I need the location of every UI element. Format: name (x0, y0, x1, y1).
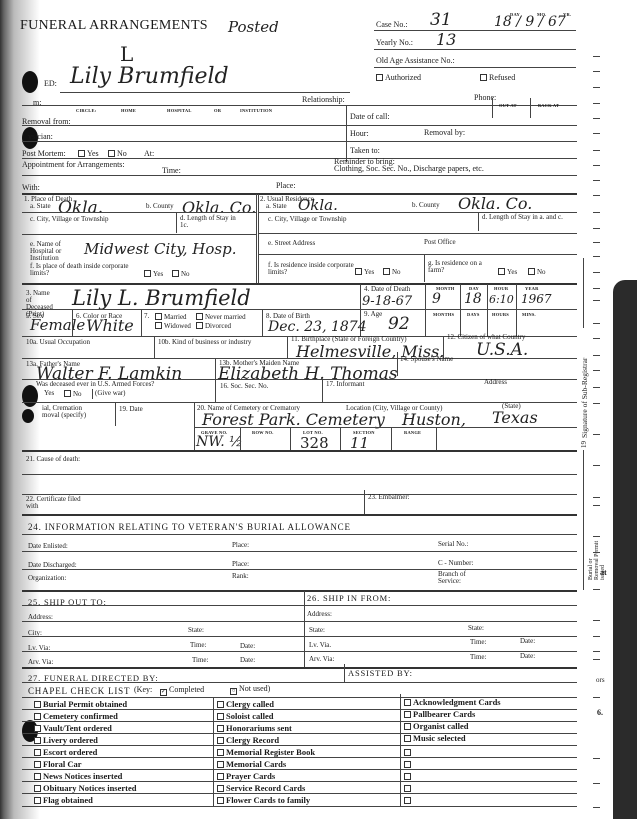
checkbox-icon (217, 773, 224, 780)
check-honorariums[interactable]: Honorariums sent (217, 723, 292, 733)
ssn-label: 16. Soc. Sec. No. (220, 383, 268, 390)
checkbox-icon (172, 270, 179, 277)
ship-out-arv-time-label: Time: (192, 657, 208, 664)
check-blank-5[interactable] (404, 795, 413, 805)
checkbox-icon (64, 390, 71, 397)
checkbox-icon (217, 785, 224, 792)
disposition-label: ial, Cremation moval (specify) (42, 405, 100, 419)
res-city-label: c. City, Village or Township (268, 216, 346, 223)
death-limits-no[interactable]: No (172, 270, 190, 278)
widowed-label: Widowed (164, 322, 191, 330)
checkbox-icon (404, 761, 411, 768)
check-label: Memorial Register Book (226, 747, 315, 757)
check-label: Livery ordered (43, 735, 98, 745)
ship-out-state-label: State: (188, 627, 204, 634)
check-label: Vault/Tent ordered (43, 723, 112, 733)
res-county-label: b. County (412, 202, 440, 209)
marital-never-married[interactable]: Never married (196, 313, 246, 321)
farm-yes[interactable]: Yes (498, 268, 517, 276)
res-limits-no[interactable]: No (383, 268, 401, 276)
cause-of-death-label: 21. Cause of death: (26, 456, 80, 463)
check-news-notices[interactable]: News Notices inserted (34, 771, 122, 781)
check-cemetery-confirmed[interactable]: Cemetery confirmed (34, 711, 118, 721)
res-inside-limits-label: f. Is residence inside corporate limits? (268, 262, 358, 276)
length-stay-1c-label: d. Length of Stay in 1c. (180, 215, 240, 229)
c-number-label: C - Number: (438, 560, 473, 567)
check-music-selected[interactable]: Music selected (404, 733, 466, 743)
check-obituary-notices[interactable]: Obituary Notices inserted (34, 783, 137, 793)
ors-margin-label: ors (596, 676, 605, 684)
with-label: With: (22, 184, 40, 192)
relationship-label: Relationship: (302, 96, 345, 104)
grave-no-value[interactable]: NW. ½ (196, 434, 243, 450)
checkbox-icon (78, 150, 85, 157)
ship-out-lv-date-label: Date: (240, 643, 255, 650)
ship-in-arv-time-label: Time: (470, 654, 486, 661)
ship-out-address-label: Address: (28, 614, 53, 621)
letter-mark: L (120, 42, 133, 66)
checkbox-icon (217, 761, 224, 768)
ship-in-lv-date-label: Date: (520, 638, 535, 645)
checkbox-icon (217, 749, 224, 756)
yes-label: Yes (364, 268, 374, 276)
rank-label: Rank: (232, 573, 249, 580)
check-acknowledgment-cards[interactable]: Acknowledgment Cards (404, 697, 501, 707)
ship-in-lv-time-label: Time: (470, 639, 486, 646)
ship-out-arv-date-label: Date: (240, 657, 255, 664)
sub-registrar-signature-label: Signature of Sub-Registrar (580, 358, 589, 438)
marital-married[interactable]: Married (155, 313, 187, 321)
checkbox-icon (34, 797, 41, 804)
check-label: Burial Permit obtained (43, 699, 127, 709)
check-escort[interactable]: Escort ordered (34, 747, 97, 757)
checkbox-icon (376, 74, 383, 81)
dob-value[interactable]: Dec. 23, 1874 (268, 319, 367, 335)
age-label: 9. Age (364, 311, 382, 318)
yearly-no-label: Yearly No.: (376, 39, 413, 47)
check-label: Floral Car (43, 759, 81, 769)
check-label: Music selected (413, 733, 466, 743)
checkbox-icon (404, 723, 411, 730)
checkbox-icon (404, 735, 411, 742)
check-label: Clergy Record (226, 735, 279, 745)
check-label: Soloist called (226, 711, 273, 721)
date-of-death-label: 4. Date of Death (364, 286, 410, 293)
from-label: m: (33, 99, 41, 107)
no-label: No (392, 268, 401, 276)
ship-out-arv-via-label: Arv. Via: (28, 659, 53, 666)
date-of-death-value[interactable]: 9-18-67 (362, 294, 412, 309)
no-label: No (117, 149, 127, 158)
death-month-value[interactable]: 9 (432, 291, 441, 307)
never-married-label: Never married (205, 313, 246, 321)
date-enlisted-label: Date Enlisted: (28, 543, 68, 550)
post-office-label: Post Office (424, 239, 456, 246)
ship-in-lv-via-label: Lv. Via. (309, 642, 331, 649)
case-no-label: Case No.: (376, 21, 408, 29)
out-at-header: OUT AT (499, 103, 517, 108)
organization-label: Organization: (28, 575, 66, 582)
old-age-label: Old Age Assistance No.: (376, 57, 455, 65)
death-day-value[interactable]: 18 (464, 291, 482, 307)
check-organist-called[interactable]: Organist called (404, 721, 468, 731)
check-label: News Notices inserted (43, 771, 122, 781)
discharged-place-label: Place: (232, 561, 249, 568)
branch-of-service-label: Branch of Service: (438, 571, 478, 585)
death-inside-limits-label: f. Is place of death inside corporate li… (30, 263, 140, 277)
citizen-value[interactable]: U.S.A. (476, 340, 528, 360)
place-label: Place: (276, 182, 296, 190)
hospital-label: e. Name of Hospital or Institution (30, 241, 85, 262)
checkbox-icon (34, 701, 41, 708)
check-clergy-called[interactable]: Clergy called (217, 699, 274, 709)
checkbox-icon (196, 313, 203, 320)
divorced-label: Divorced (205, 322, 231, 330)
checkbox-icon (528, 268, 535, 275)
case-date-value[interactable]: 18 / 9 / 67 (494, 14, 566, 30)
checkbox-icon (217, 713, 224, 720)
range-header: RANGE (404, 430, 421, 435)
key-label: (Key: (134, 686, 152, 694)
check-blank-1[interactable] (404, 747, 413, 757)
checkbox-icon (217, 737, 224, 744)
checkbox-icon (144, 270, 151, 277)
months-header: MONTHS (433, 312, 454, 317)
date-of-call-label: Date of call: (350, 113, 390, 121)
checkbox-icon (34, 785, 41, 792)
mother-maiden-value[interactable]: Elizabeth H. Thomas (218, 364, 398, 384)
death-hour-value[interactable]: 6:10 (489, 293, 514, 306)
check-label: Obituary Notices inserted (43, 783, 137, 793)
res-length-label: d. Length of Stay in a. and c. (482, 214, 572, 221)
check-label: Honorariums sent (226, 723, 292, 733)
back-at-header: BACK AT (538, 103, 559, 108)
race-value[interactable]: White (86, 316, 134, 335)
check-prayer-cards[interactable]: Prayer Cards (217, 771, 275, 781)
checkbox-icon (217, 797, 224, 804)
hour-col-header: HOUR (494, 286, 508, 291)
appointment-label: Appointment for Arrangements: (22, 161, 125, 169)
case-no-value[interactable]: 31 (430, 10, 452, 30)
days-header: DAYS (467, 312, 480, 317)
circle-home[interactable]: HOME (121, 108, 136, 113)
res-county-value[interactable]: Okla. Co. (458, 194, 532, 213)
circle-or: OR (214, 108, 221, 113)
checkbox-icon (155, 313, 162, 320)
yes-label: Yes (507, 268, 517, 276)
marital-divorced[interactable]: Divorced (196, 322, 231, 330)
check-vault-tent[interactable]: Vault/Tent ordered (34, 723, 112, 733)
ship-out-lv-time-label: Time: (190, 642, 206, 649)
checkbox-icon (383, 268, 390, 275)
address-label: Address (484, 379, 507, 386)
res-limits-yes[interactable]: Yes (355, 268, 374, 276)
check-label: Memorial Cards (226, 759, 286, 769)
no-label: No (181, 270, 190, 278)
checkbox-icon (34, 713, 41, 720)
form-title: FUNERAL ARRANGEMENTS (20, 18, 208, 34)
name-deceased-value[interactable]: Lily L. Brumfield (72, 286, 251, 310)
ship-in-state2-label: State: (468, 625, 484, 632)
year-prefix: 19 (580, 441, 588, 448)
checkbox-icon (34, 773, 41, 780)
married-label: Married (164, 313, 187, 321)
death-city-label: c. City, Village or Township (30, 216, 108, 223)
key-completed: ✓Completed (160, 686, 204, 696)
yearly-no-value[interactable]: 13 (436, 30, 456, 49)
hour-label: Hour: (350, 130, 369, 138)
spouse-label: 14. Spouse's Name (400, 356, 453, 363)
occupation-label: 10a. Usual Occupation (26, 339, 90, 346)
check-label: Pallbearer Cards (413, 709, 475, 719)
ship-in-arv-via-label: Arv. Via: (309, 656, 334, 663)
taken-to-label: Taken to: (350, 147, 380, 155)
checkbox-icon (404, 699, 411, 706)
hours-header: HOURS (492, 312, 509, 317)
year-col-header: YEAR (525, 286, 539, 291)
checkbox-icon (355, 268, 362, 275)
posted-stamp: Posted (228, 18, 279, 36)
checkbox-icon (34, 749, 41, 756)
checkbox-icon (404, 749, 411, 756)
yes-label: Yes (87, 149, 99, 158)
check-memorial-register[interactable]: Memorial Register Book (217, 747, 315, 757)
veteran-section-title: 24. INFORMATION RELATING TO VETERAN'S BU… (28, 522, 351, 532)
armed-forces-no[interactable]: No (64, 390, 82, 398)
check-blank-2[interactable] (404, 759, 413, 769)
punch-hole (22, 409, 34, 423)
check-label: Clergy called (226, 699, 274, 709)
check-memorial-cards[interactable]: Memorial Cards (217, 759, 286, 769)
check-label: Acknowledgment Cards (413, 697, 501, 707)
at-margin-label: at (600, 568, 607, 577)
embalmer-label: 23. Embalmer: (368, 494, 410, 501)
authorized-label: Authorized (385, 73, 421, 82)
check-soloist-called[interactable]: Soloist called (217, 711, 273, 721)
key-not-used: ○Not used) (230, 685, 270, 695)
refused-label: Refused (489, 73, 515, 82)
checkbox-icon (404, 797, 411, 804)
not-used-label: Not used) (239, 684, 270, 693)
checkbox-icon (404, 711, 411, 718)
check-label: Organist called (413, 721, 468, 731)
circle-icon: ○ (230, 688, 237, 695)
checkbox-icon (404, 773, 411, 780)
checkbox-icon (217, 725, 224, 732)
serial-no-label: Serial No.: (438, 541, 468, 548)
checkbox-icon (34, 737, 41, 744)
checkbox-icon (155, 322, 162, 329)
check-flower-cards[interactable]: Flower Cards to family (217, 795, 310, 805)
burial-date-label: 19. Date (119, 406, 143, 413)
no-label: No (537, 268, 546, 276)
marital-widowed[interactable]: Widowed (155, 322, 191, 330)
marital-label: 7. (144, 313, 149, 320)
armed-forces-label: Was deceased ever in U.S. Armed Forces? (36, 381, 154, 388)
res-state-label: a. State (266, 203, 287, 210)
assisted-by-label: ASSISTED BY: (348, 668, 413, 678)
checkbox-icon (196, 322, 203, 329)
checkbox-icon (404, 785, 411, 792)
farm-no[interactable]: No (528, 268, 546, 276)
punch-hole (22, 71, 38, 93)
informant-label: 17. Informant (326, 381, 365, 388)
authorized-checkbox[interactable]: Authorized (376, 74, 421, 82)
circle-institution[interactable]: INSTITUTION (240, 108, 272, 113)
check-label: Escort ordered (43, 747, 97, 757)
deceased-label: ED: (44, 80, 57, 88)
death-state-label: a. State (30, 203, 51, 210)
checkmark-icon: ✓ (160, 689, 167, 696)
give-war-label: (Give war) (95, 390, 126, 397)
check-label: Cemetery confirmed (43, 711, 118, 721)
certificate-filed-label: 22. Certificate filed with (26, 496, 86, 510)
checkbox-icon (34, 725, 41, 732)
row-no-header: ROW NO. (252, 430, 274, 435)
check-clergy-record[interactable]: Clergy Record (217, 735, 279, 745)
yes-label: Yes (44, 389, 54, 397)
farm-label: g. Is residence on a farm? (428, 260, 488, 274)
removal-by-label: Removal by: (424, 129, 465, 137)
refused-checkbox[interactable]: Refused (480, 74, 515, 82)
check-label: Flag obtained (43, 795, 93, 805)
checkbox-icon (480, 74, 487, 81)
ship-in-address-label: Address: (307, 611, 332, 618)
margin-fragment: 6. (597, 708, 603, 717)
check-blank-4[interactable] (404, 783, 413, 793)
checkbox-icon (34, 761, 41, 768)
circle-hospital[interactable]: HOSPITAL (167, 108, 192, 113)
checklist-title: CHAPEL CHECK LIST (28, 686, 130, 696)
business-label: 10b. Kind of business or industry (158, 339, 251, 346)
reminder-items: Clothing, Soc. Sec. No., Discharge paper… (334, 165, 484, 173)
check-service-record[interactable]: Service Record Cards (217, 783, 305, 793)
checkbox-icon (108, 150, 115, 157)
checkbox-icon (498, 268, 505, 275)
enlisted-place-label: Place: (232, 542, 249, 549)
street-address-label: e. Street Address (268, 240, 315, 247)
ship-in-title: 26. SHIP IN FROM: (307, 593, 391, 603)
checkbox-icon (217, 701, 224, 708)
check-label: Flower Cards to family (226, 795, 310, 805)
date-discharged-label: Date Discharged: (28, 562, 77, 569)
punch-hole (22, 385, 38, 407)
check-label: Prayer Cards (226, 771, 275, 781)
check-livery[interactable]: Livery ordered (34, 735, 98, 745)
check-burial-permit[interactable]: Burial Permit obtained (34, 699, 127, 709)
yes-label: Yes (153, 270, 163, 278)
hospital-value[interactable]: Midwest City, Hosp. (84, 240, 236, 258)
check-label: Service Record Cards (226, 783, 305, 793)
completed-label: Completed (169, 685, 204, 694)
scan-right-edge (613, 280, 637, 819)
burial-state-value[interactable]: Texas (492, 408, 538, 427)
mins-header: MINS. (522, 312, 536, 317)
death-county-label: b. County (146, 203, 174, 210)
ship-in-state-label: State: (309, 627, 325, 634)
ship-in-arv-date-label: Date: (520, 653, 535, 660)
deceased-name-header[interactable]: Lily Brumfield (70, 64, 229, 89)
no-label: No (73, 390, 82, 398)
circle-label: CIRCLE: (76, 108, 96, 113)
check-floral-car[interactable]: Floral Car (34, 759, 81, 769)
armed-forces-yes[interactable]: Yes (44, 390, 54, 397)
check-blank-3[interactable] (404, 771, 413, 781)
death-limits-yes[interactable]: Yes (144, 270, 163, 278)
check-pallbearer-cards[interactable]: Pallbearer Cards (404, 709, 475, 719)
death-year-value[interactable]: 1967 (521, 292, 552, 306)
check-flag[interactable]: Flag obtained (34, 795, 93, 805)
age-value[interactable]: 92 (388, 314, 410, 334)
